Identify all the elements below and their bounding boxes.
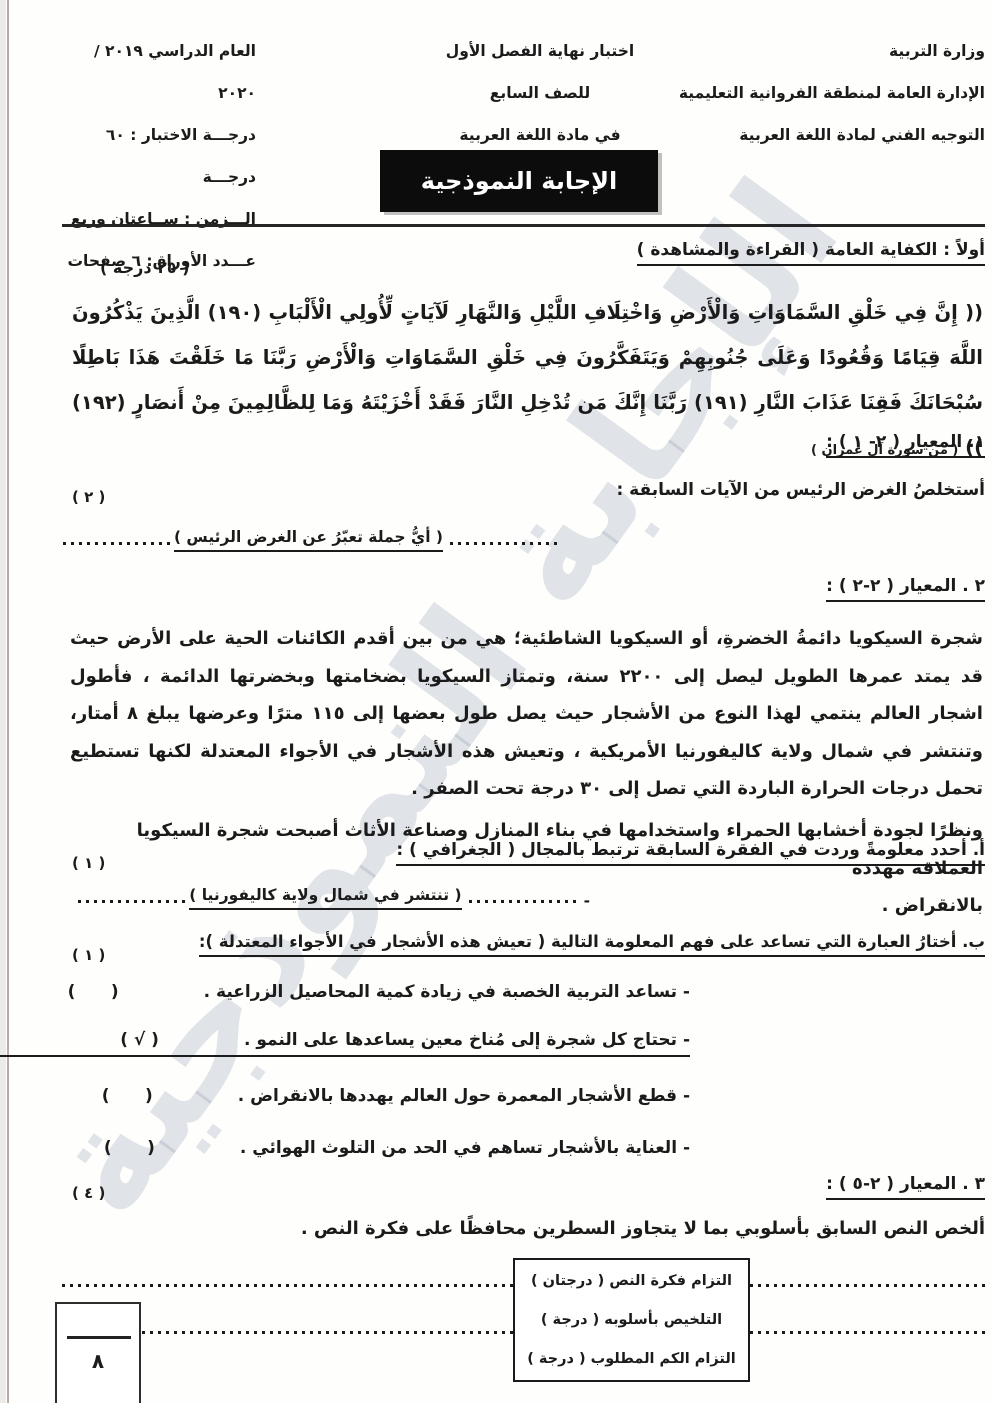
page-number-divider-line: [67, 1336, 131, 1339]
academic-year: العام الدراسي ٢٠١٩ / ٢٠٢٠: [64, 30, 256, 114]
question2a-answer-line: - ( تنتشر في شمال ولاية كاليفورنيا ): [75, 886, 590, 910]
question2b-heading: ب. أختارُ العبارة التي تساعد على فهم الم…: [199, 932, 985, 957]
dotted-fill: [60, 542, 170, 545]
section1-marks: ( ٢٥ درجة ): [100, 258, 190, 277]
page-number: ٨: [57, 1349, 139, 1373]
rubric-item-length: التزام الكم المطلوب ( درجة ): [515, 1351, 748, 1367]
choice-option-4: - العناية بالأشجار تساهم في الحد من التل…: [104, 1138, 690, 1158]
question3-marks: ( ٤ ): [72, 1184, 105, 1202]
choice-option-1-checkbox: ( ): [68, 982, 119, 1002]
choice-option-4-label: - العناية بالأشجار تساهم في الحد من التل…: [240, 1138, 690, 1158]
question3-heading-text: ٣ . المعيار ( ٢-٥ ) :: [826, 1174, 985, 1200]
choice-option-3-checkbox: ( ): [102, 1086, 153, 1106]
section1-heading-text: أولاً : الكفاية العامة ( القراءة والمشاه…: [637, 240, 985, 266]
question1-heading-text: ١. المعيار ( ٢- ١ ) :: [826, 432, 985, 458]
answer-key-title-text: الإجابة النموذجية: [421, 167, 617, 195]
question1-heading: ١. المعيار ( ٢- ١ ) :: [826, 432, 985, 458]
rubric-item-idea: التزام فكرة النص ( درجتان ): [515, 1273, 748, 1289]
grading-rubric-box: التزام فكرة النص ( درجتان ) التلخيص بأسل…: [513, 1258, 750, 1382]
educational-district-name: الإدارة العامة لمنطقة الفروانية التعليمي…: [679, 72, 985, 114]
page-number-box: ٨: [55, 1302, 141, 1403]
exam-total-marks: درجـــة الاختبار : ٦٠ درجـــة: [64, 114, 256, 198]
choice-option-2-checkmark: ( √ ): [120, 1030, 159, 1050]
technical-supervision-name: التوجيه الفني لمادة اللغة العربية: [679, 114, 985, 156]
choice-option-2-correct: - تحتاج كل شجرة إلى مُناخ معين يساعدها ع…: [0, 1030, 690, 1057]
header-separator-line: [62, 224, 985, 227]
question1-model-answer: ( أيُّ جملة تعبّرُ عن الغرض الرئيس ): [174, 528, 443, 552]
question1-marks: ( ٢ ): [72, 488, 105, 506]
exam-title: اختبار نهاية الفصل الأول: [410, 30, 670, 72]
choice-option-4-checkbox: ( ): [104, 1138, 155, 1158]
question3-heading: ٣ . المعيار ( ٢-٥ ) :: [826, 1174, 985, 1200]
question2a-marks: ( ١ ): [72, 854, 105, 872]
grade-level: للصف السابع: [410, 72, 670, 114]
choice-option-3: - قطع الأشجار المعمرة حول العالم يهددها …: [102, 1086, 690, 1106]
question2a-heading: أ. أحدد معلومةً وردت في الفقرة السابقة ت…: [396, 840, 985, 866]
reading-passage-paragraph1: شجرة السيكويا دائمةُ الخضرةِ، أو السيكوي…: [70, 620, 983, 808]
question2b-heading-text: ب. أختارُ العبارة التي تساعد على فهم الم…: [199, 932, 985, 957]
header-details-block: العام الدراسي ٢٠١٩ / ٢٠٢٠ درجـــة الاختب…: [64, 30, 256, 282]
choice-option-1-label: - تساعد التربية الخصبة في زيادة كمية الم…: [204, 982, 690, 1002]
scan-edge-line: [7, 0, 9, 1403]
ministry-name: وزارة التربية: [679, 30, 985, 72]
dotted-fill: [447, 542, 557, 545]
choice-option-3-label: - قطع الأشجار المعمرة حول العالم يهددها …: [238, 1086, 690, 1106]
question2a-heading-text: أ. أحدد معلومةً وردت في الفقرة السابقة ت…: [396, 840, 985, 866]
exam-duration: الـــزمن : ســاعتان وربع: [64, 198, 256, 240]
scanned-exam-answer-key-page: الإجابة النموذجية وزارة التربية الإدارة …: [0, 0, 993, 1403]
answer-key-title-badge: الإجابة النموذجية: [380, 150, 658, 212]
dotted-fill: [466, 900, 576, 903]
question1-answer-line: ( أيُّ جملة تعبّرُ عن الغرض الرئيس ): [60, 528, 557, 552]
dotted-fill: [75, 900, 185, 903]
section1-heading: أولاً : الكفاية العامة ( القراءة والمشاه…: [637, 240, 985, 266]
question2-heading: ٢ . المعيار ( ٢-٢ ) :: [826, 576, 985, 602]
question2-heading-text: ٢ . المعيار ( ٢-٢ ) :: [826, 576, 985, 602]
question1-prompt: أستخلصُ الغرض الرئيس من الآيات السابقة :: [616, 480, 985, 500]
question2b-marks: ( ١ ): [72, 946, 105, 964]
choice-option-1: - تساعد التربية الخصبة في زيادة كمية الم…: [68, 982, 690, 1002]
scan-edge-strip: [0, 0, 6, 1403]
question2a-model-answer: ( تنتشر في شمال ولاية كاليفورنيا ): [189, 886, 461, 910]
header-exam-block: اختبار نهاية الفصل الأول للصف السابع في …: [410, 30, 670, 156]
choice-option-2-label: - تحتاج كل شجرة إلى مُناخ معين يساعدها ع…: [244, 1030, 690, 1050]
header-authority-block: وزارة التربية الإدارة العامة لمنطقة الفر…: [679, 30, 985, 156]
answer-dash: -: [584, 892, 590, 910]
rubric-item-style: التلخيص بأسلوبه ( درجة ): [515, 1312, 748, 1328]
question3-prompt: ألخص النص السابق بأسلوبي بما لا يتجاوز ا…: [301, 1218, 985, 1239]
